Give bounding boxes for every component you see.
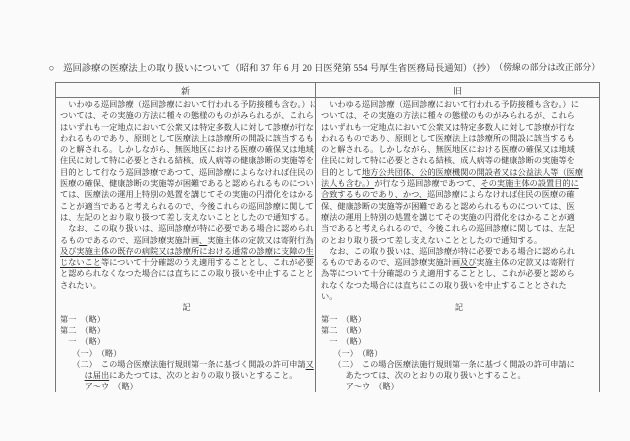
text-segment: と認められなくなつた場合には直ちにこの取り扱いを中止することと bbox=[60, 269, 314, 278]
revised-text-segment: 法人も含む。） bbox=[321, 179, 374, 188]
text-segment: が行なう巡回診療であつて、 bbox=[374, 179, 480, 188]
table-header-row: 新 旧 bbox=[56, 83, 599, 98]
text-segment: 一 （略） bbox=[321, 337, 366, 346]
text-segment: （一） （略） bbox=[60, 349, 121, 358]
text-line: 医療の確保、健康診断の実施等が困難であると認められるものについ bbox=[60, 178, 313, 189]
text-segment: われるものであり、原則として医療法上は診療所の開設に該当するも bbox=[60, 134, 314, 143]
text-segment: ことが適当であると考えられるので、今後これらの巡回診療に関して bbox=[60, 202, 314, 211]
text-line: ては、医療法の運用上特別の処置を講じてその実施の円滑化をはかる bbox=[60, 189, 313, 200]
document-page: { "page": { "title_bullet": "○", "title"… bbox=[0, 0, 630, 441]
column-old-body: いわゆる巡回診療（巡回診療において行われる予防接種も含む。）については、その実施… bbox=[316, 98, 599, 392]
text-segment: ついては、その実施の方法に種々の態様のものがみられるが、これら bbox=[60, 111, 314, 120]
text-line: のと解される。しかしながら、無医地区における医療の確保又は地域 bbox=[60, 144, 313, 155]
text-line: 第一 （略） bbox=[60, 314, 313, 325]
text-line: 保、健康診断の実施等が困難であると認められるものについては、医 bbox=[321, 201, 597, 212]
page-title: 巡回診療の医療法上の取り扱いについて（昭和 37 年 6 月 20 日医発第 5… bbox=[63, 64, 495, 74]
text-line: のと解される。しかしながら、無医地区における医療の確保又は地域 bbox=[321, 144, 597, 155]
title-bullet: ○ bbox=[49, 64, 55, 74]
revised-text-segment: じないこと bbox=[60, 258, 101, 267]
document-title-row: ○巡回診療の医療法上の取り扱いについて（昭和 37 年 6 月 20 日医発第 … bbox=[44, 51, 495, 75]
text-segment: のと解される。しかしながら、無医地区における医療の確保又は地域 bbox=[321, 145, 575, 154]
text-line: 第一 （略） bbox=[321, 314, 597, 325]
text-segment: ては、医療法の運用上特別の処置を講じてその実施の円滑化をはかる bbox=[60, 190, 314, 199]
text-segment: われるものであり、原則として医療法上は診療所の開設に該当するも bbox=[321, 134, 575, 143]
revised-text-segment: 及び実施主体の既存の病院又は診療所における通常の診療に支障の生 bbox=[60, 247, 314, 256]
text-line: 為等について十分確認のうえ適用することとし、これが必要と認めら bbox=[321, 268, 597, 279]
text-segment: 第一 （略） bbox=[60, 315, 105, 324]
text-segment: されたい。 bbox=[60, 281, 101, 290]
text-segment: 等について十分確認のうえ適用することとし、これが必要 bbox=[101, 258, 314, 267]
table-body-row: いわゆる巡回診療（巡回診療において行われる予防接種も含む。）については、その実施… bbox=[56, 98, 599, 392]
text-line: ついては、その実施の方法に種々の態様のものがみられるが、これら bbox=[60, 110, 313, 121]
text-segment: なお、この取り扱いは、巡回診療が特に必要である場合に認められ bbox=[60, 224, 314, 233]
text-segment: 第二 （略） bbox=[60, 326, 105, 335]
text-line: されたい。 bbox=[60, 280, 313, 291]
text-segment: 記 bbox=[455, 303, 463, 312]
text-line: じないこと等について十分確認のうえ適用することとし、これが必要 bbox=[60, 257, 313, 268]
text-segment: 為等について十分確認のうえ適用することとし、これが必要と認めら bbox=[321, 269, 575, 278]
text-line: （一） （略） bbox=[60, 348, 313, 359]
text-line: 住民に対して特に必要とされる結核、成人病等の健康診断の実施等を bbox=[60, 155, 313, 166]
text-line: は、左記のとおり取り扱つて差し支えないこととしたので通知する。 bbox=[60, 212, 313, 223]
text-line: いわゆる巡回診療（巡回診療において行われる予防接種も含む。）に bbox=[321, 99, 597, 110]
column-new-body: いわゆる巡回診療（巡回診療において行われる予防接種も含む。）については、その実施… bbox=[56, 98, 316, 392]
text-segment: 住民に対して特に必要とされる結核、成人病等の健康診断の実施等を bbox=[321, 156, 575, 165]
text-line: （二） この場合医療法施行規則第一条に基づく開設の許可申請に bbox=[321, 359, 597, 370]
text-line: のとおり取り扱つて差し支えないこととしたので通知する。 bbox=[321, 235, 597, 246]
text-line: は届出にあたつては、次のとおりの取り扱いとすること。 bbox=[60, 370, 313, 381]
text-segment: 一 （略） bbox=[60, 337, 105, 346]
revised-text-segment: その実施主体の設置目的に bbox=[481, 179, 579, 188]
text-line: るものであるので、巡回診療実施計画及び実施主体の定款又は寄附行 bbox=[321, 257, 597, 268]
text-line: （一） （略） bbox=[321, 348, 597, 359]
text-segment: るものであるので、巡回診療実施計画 bbox=[321, 258, 460, 267]
text-line: 法人も含む。）が行なう巡回診療であつて、その実施主体の設置目的に bbox=[321, 178, 597, 189]
text-segment: （一） （略） bbox=[321, 349, 382, 358]
revised-text-segment: 合致するものであり、かつ、 bbox=[321, 190, 427, 199]
revised-text-segment: 地方公共団体、公的医療機関の開設者又は公益法人等（医療 bbox=[362, 168, 583, 177]
text-line: 合致するものであり、かつ、巡回診療によらなければ住民の医療の確 bbox=[321, 189, 597, 200]
text-segment: （二） この場合医療法施行規則第一条に基づく開設の許可申請 bbox=[60, 360, 306, 369]
text-line: はいずれも一定地点において公衆又は特定多数人に対して診療が行な bbox=[321, 122, 597, 133]
text-line: い。 bbox=[321, 291, 597, 302]
revised-text-segment: は届出 bbox=[85, 371, 110, 380]
text-line: あたつては、次のとおりの取り扱いとすること。 bbox=[321, 370, 597, 381]
column-header-new: 新 bbox=[56, 83, 316, 97]
text-segment: のとおり取り扱つて差し支えないこととしたので通知する。 bbox=[321, 236, 542, 245]
text-segment: のと解される。しかしながら、無医地区における医療の確保又は地域 bbox=[60, 145, 314, 154]
text-line: なお、この取り扱いは、巡回診療が特に必要である場合に認められ bbox=[321, 246, 597, 257]
text-segment: 医療の確保、健康診断の実施等が困難であると認められるものについ bbox=[60, 179, 314, 188]
text-segment: ア～ウ （略） bbox=[321, 382, 399, 391]
text-line: ア～ウ （略） bbox=[321, 381, 597, 392]
text-segment: いわゆる巡回診療（巡回診療において行われる予防接種も含む。）に bbox=[321, 100, 579, 109]
text-line: 当であると考えられるので、今後これらの巡回診療に関しては、左記 bbox=[321, 223, 597, 234]
text-line: ア～ウ （略） bbox=[60, 381, 313, 392]
text-line: るものであるので、巡回診療実施計画、実施主体の定款又は寄附行為 bbox=[60, 235, 313, 246]
text-segment bbox=[60, 371, 85, 380]
text-line: ついては、その実施の方法に種々の態様のものがみられるが、これら bbox=[321, 110, 597, 121]
text-segment: 第二 （略） bbox=[321, 326, 366, 335]
text-segment: 記 bbox=[182, 303, 190, 312]
revision-note: （傍線の部分は改正部分） bbox=[494, 62, 600, 73]
text-segment: 巡回診療によらなければ住民の医療の確 bbox=[427, 190, 574, 199]
text-segment: にあたつては、次のとおりの取り扱いとすること。 bbox=[109, 371, 297, 380]
comparison-table: 新 旧 いわゆる巡回診療（巡回診療において行われる予防接種も含む。）については、… bbox=[55, 82, 600, 392]
text-segment: い。 bbox=[321, 292, 337, 301]
text-line: われるものであり、原則として医療法上は診療所の開設に該当するも bbox=[60, 133, 313, 144]
text-line: れなくなつた場合には直ちにこの取り扱いを中止することとされた bbox=[321, 280, 597, 291]
text-segment: はいずれも一定地点において公衆又は特定多数人に対して診療が行な bbox=[321, 123, 575, 132]
revised-text-segment: 又 bbox=[306, 360, 314, 369]
revised-text-segment: 、 bbox=[199, 236, 207, 245]
text-segment: あたつては、次のとおりの取り扱いとすること。 bbox=[321, 371, 526, 380]
text-segment: 当であると考えられるので、今後これらの巡回診療に関しては、左記 bbox=[321, 224, 575, 233]
text-line: なお、この取り扱いは、巡回診療が特に必要である場合に認められ bbox=[60, 223, 313, 234]
text-line: 目的として地方公共団体、公的医療機関の開設者又は公益法人等（医療 bbox=[321, 167, 597, 178]
text-line: 第二 （略） bbox=[321, 325, 597, 336]
text-segment: 第一 （略） bbox=[321, 315, 366, 324]
text-line bbox=[60, 291, 313, 302]
text-segment: は、左記のとおり取り扱つて差し支えないこととしたので通知する。 bbox=[60, 213, 314, 222]
column-header-old: 旧 bbox=[316, 83, 599, 97]
text-segment: 実施主体の定款又は寄附行為 bbox=[207, 236, 313, 245]
text-line: 一 （略） bbox=[321, 336, 597, 347]
text-line: 目的として行なう巡回診療であつて、巡回診療によらなければ住民の bbox=[60, 167, 313, 178]
text-line: 一 （略） bbox=[60, 336, 313, 347]
text-segment: 住民に対して特に必要とされる結核、成人病等の健康診断の実施等を bbox=[60, 156, 314, 165]
text-segment: ついては、その実施の方法に種々の態様のものがみられるが、これら bbox=[321, 111, 575, 120]
text-segment: るものであるので、巡回診療実施計画 bbox=[60, 236, 199, 245]
text-line: いわゆる巡回診療（巡回診療において行われる予防接種も含む。）に bbox=[60, 99, 313, 110]
text-segment: ア～ウ （略） bbox=[60, 382, 138, 391]
text-line: われるものであり、原則として医療法上は診療所の開設に該当するも bbox=[321, 133, 597, 144]
text-segment: なお、この取り扱いは、巡回診療が特に必要である場合に認められ bbox=[321, 247, 575, 256]
text-line: 療法の運用上特別の処置を講じてその実施の円滑化をはかることが適 bbox=[321, 212, 597, 223]
text-line: 記 bbox=[60, 302, 313, 313]
text-segment: 目的として行なう巡回診療であつて、巡回診療によらなければ住民の bbox=[60, 168, 314, 177]
text-segment: 実施主体の定款又は寄附行 bbox=[476, 258, 574, 267]
text-line: （二） この場合医療法施行規則第一条に基づく開設の許可申請又 bbox=[60, 359, 313, 370]
text-segment: はいずれも一定地点において公衆又は特定多数人に対して診療が行な bbox=[60, 123, 314, 132]
text-segment: （二） この場合医療法施行規則第一条に基づく開設の許可申請に bbox=[321, 360, 575, 369]
text-line: 第二 （略） bbox=[60, 325, 313, 336]
text-line: 記 bbox=[321, 302, 597, 313]
text-segment: いわゆる巡回診療（巡回診療において行われる予防接種も含む。）に bbox=[60, 100, 316, 109]
text-segment: 療法の運用上特別の処置を講じてその実施の円滑化をはかることが適 bbox=[321, 213, 575, 222]
text-line: ことが適当であると考えられるので、今後これらの巡回診療に関して bbox=[60, 201, 313, 212]
text-line: 及び実施主体の既存の病院又は診療所における通常の診療に支障の生 bbox=[60, 246, 313, 257]
text-line: はいずれも一定地点において公衆又は特定多数人に対して診療が行な bbox=[60, 122, 313, 133]
text-line: 住民に対して特に必要とされる結核、成人病等の健康診断の実施等を bbox=[321, 155, 597, 166]
revised-text-segment: 及び bbox=[460, 258, 476, 267]
text-segment: 保、健康診断の実施等が困難であると認められるものについては、医 bbox=[321, 202, 575, 211]
text-segment: 目的として bbox=[321, 168, 362, 177]
text-line: と認められなくなつた場合には直ちにこの取り扱いを中止することと bbox=[60, 268, 313, 279]
text-segment: れなくなつた場合には直ちにこの取り扱いを中止することとされた bbox=[321, 281, 567, 290]
